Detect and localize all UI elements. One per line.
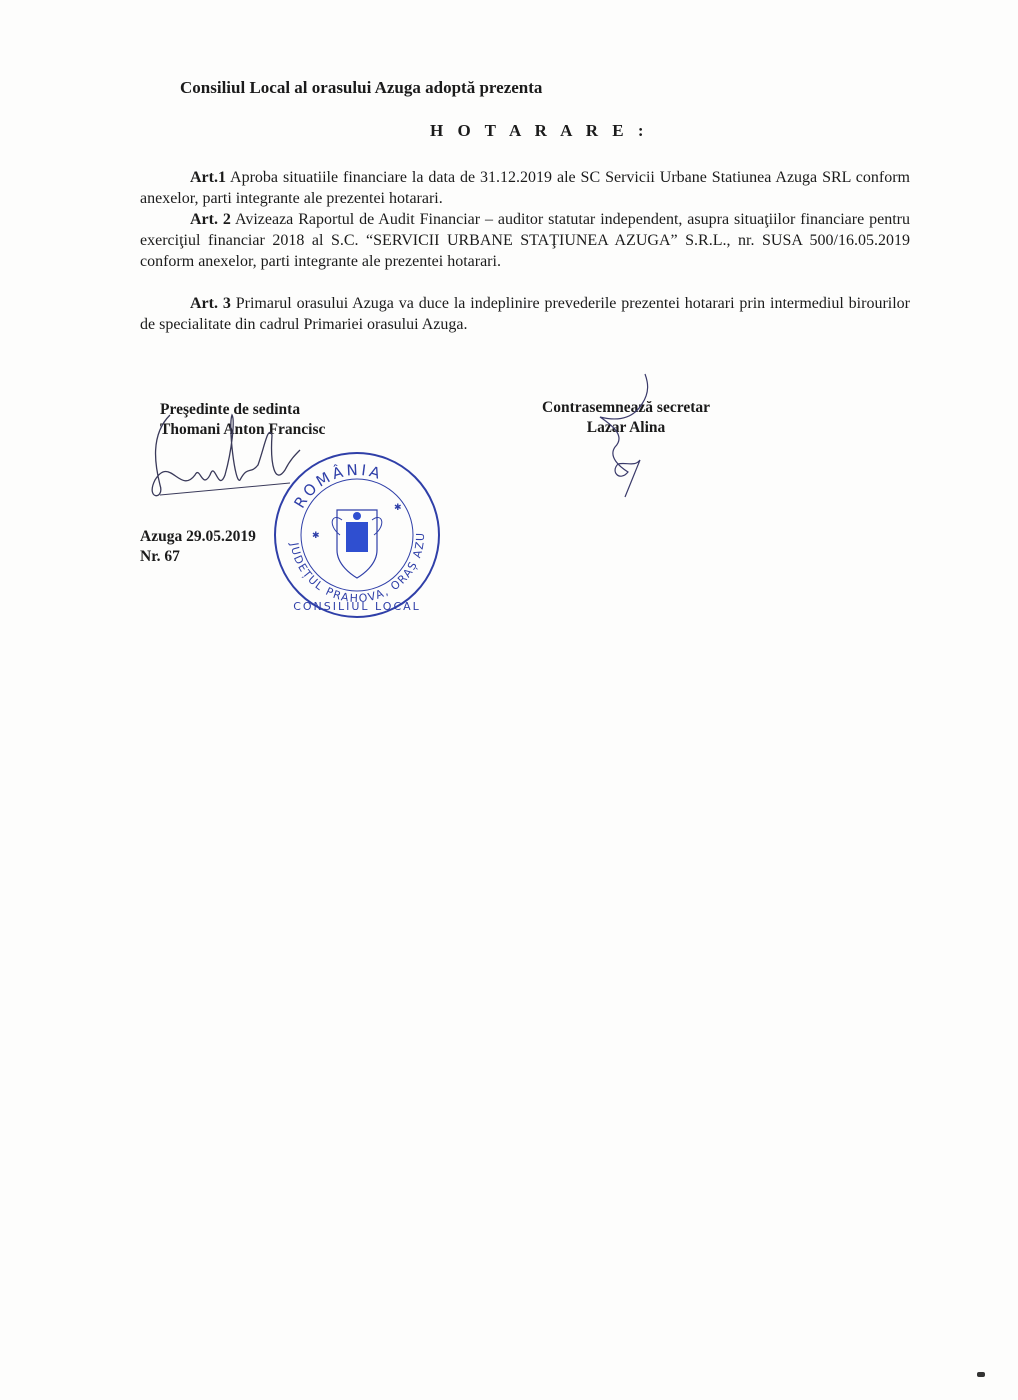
article-text: Aproba situatiile financiare la data de … [140, 169, 910, 207]
document-title: H O T A R A R E : [430, 121, 649, 141]
svg-text:ROMÂNIA: ROMÂNIA [290, 461, 385, 512]
article-label: Art. 2 [190, 211, 231, 228]
document-intro: Consiliul Local al orasului Azuga adoptă… [180, 78, 542, 98]
article-2: Art. 2 Avizeaza Raportul de Audit Financ… [140, 209, 910, 272]
scan-mark [977, 1372, 985, 1377]
svg-text:CONSILIUL LOCAL: CONSILIUL LOCAL [293, 600, 421, 613]
article-3: Art. 3 Primarul orasului Azuga va duce l… [140, 293, 910, 335]
place-date: Azuga 29.05.2019 [140, 527, 256, 547]
article-label: Art. 3 [190, 295, 231, 312]
document-number: Nr. 67 [140, 547, 256, 567]
article-text: Avizeaza Raportul de Audit Financiar – a… [140, 211, 910, 270]
secretary-handwritten-signature-icon [590, 372, 670, 502]
article-text: Primarul orasului Azuga va duce la indep… [140, 295, 910, 333]
place-date-block: Azuga 29.05.2019 Nr. 67 [140, 527, 256, 567]
svg-text:✱: ✱ [394, 502, 402, 512]
official-stamp-icon: ROMÂNIA JUDEȚUL PRAHOVA, ORAȘ AZUGA CONS… [272, 450, 442, 620]
article-1: Art.1 Aproba situatiile financiare la da… [140, 167, 910, 209]
article-label: Art.1 [190, 169, 226, 186]
svg-text:✱: ✱ [312, 530, 320, 540]
